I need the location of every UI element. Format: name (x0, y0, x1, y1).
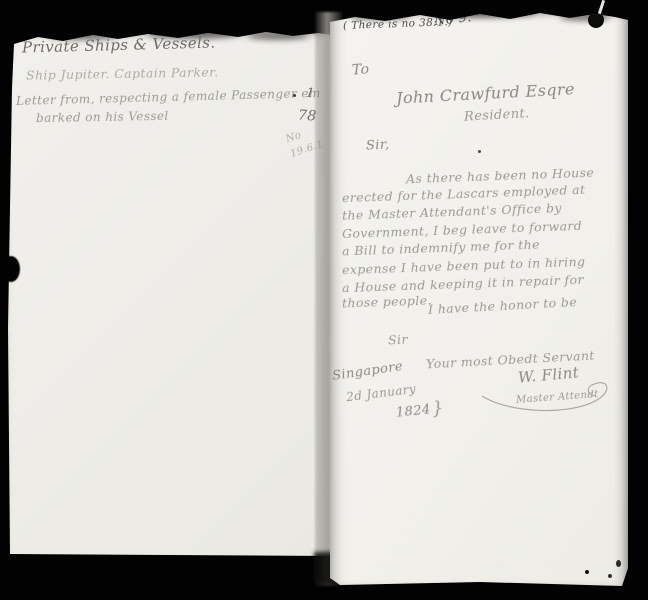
dateline-brace: } (431, 398, 444, 420)
salutation: Sir, (366, 137, 390, 153)
to-label: To (351, 61, 370, 78)
docket-letter-line-2: barked on his Vessel (36, 109, 169, 125)
left-page: Private Ships & Vessels. Ship Jupiter. C… (8, 28, 332, 556)
document-number: No 9. (433, 10, 472, 29)
ink-blot (588, 12, 604, 28)
torn-edge-smudge (248, 33, 308, 40)
docket-letter-line-1: Letter from, respecting a female Passeng… (16, 86, 321, 108)
dust-speck (478, 150, 481, 153)
dust-speck (616, 560, 621, 567)
torn-edge-smudge (425, 8, 535, 18)
dateline-year: 1824 (395, 402, 431, 421)
closing-line-2: Sir (388, 331, 409, 347)
margin-no-label: No (285, 130, 303, 145)
dateline-place: Singapore (331, 359, 404, 384)
docket-ship-line: Ship Jupiter. Captain Parker. (26, 64, 219, 82)
binding-notch (2, 256, 20, 282)
paper-tear-mark (598, 0, 605, 14)
closing-line-1: I have the honor to be (428, 294, 578, 317)
addressee-title: Resident. (464, 106, 530, 124)
dust-speck (585, 570, 589, 574)
addressee-name: John Crawfurd Esqre (396, 79, 576, 107)
docket-heading: Private Ships & Vessels. (22, 33, 216, 56)
document-scan: Private Ships & Vessels. Ship Jupiter. C… (0, 0, 648, 600)
right-page: ( There is no 38:1.) No 9. To John Crawf… (330, 8, 628, 586)
letter-body-line: those people. (342, 292, 432, 310)
dateline-day-month: 2d January (345, 382, 416, 404)
ink-dot (293, 94, 296, 97)
dust-speck (608, 574, 612, 578)
